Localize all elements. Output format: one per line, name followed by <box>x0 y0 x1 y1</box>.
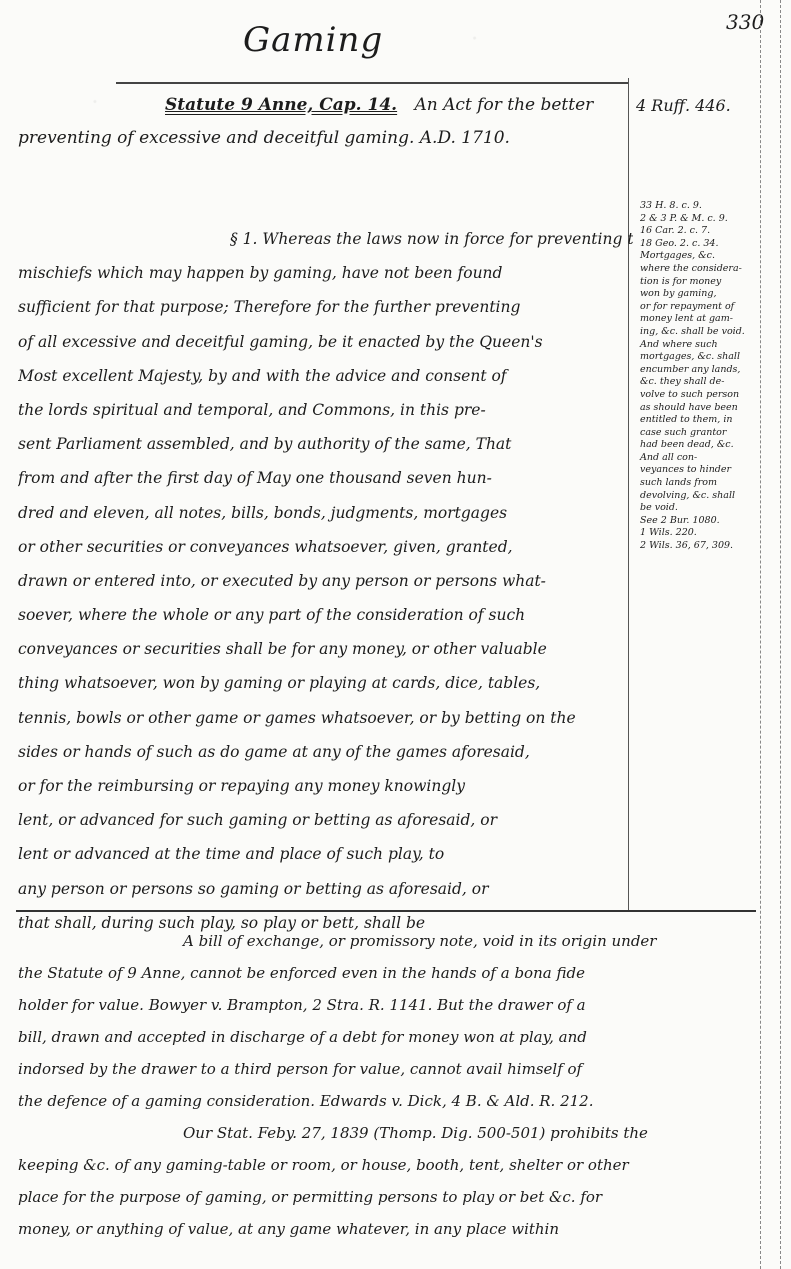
text-line: of all excessive and deceitful gaming, b… <box>18 325 633 359</box>
margin-note: devolving, &c. shall <box>640 490 758 503</box>
margin-note: encumber any lands, <box>640 364 758 377</box>
text-line: soever, where the whole or any part of t… <box>18 598 633 632</box>
margin-note: entitled to them, in <box>640 414 758 427</box>
section-divider <box>16 910 756 912</box>
text-line: Our Stat. Feby. 27, 1839 (Thomp. Dig. 50… <box>18 1117 758 1149</box>
text-line: tennis, bowls or other game or games wha… <box>18 701 633 735</box>
page-title: Gaming <box>243 20 383 60</box>
text-line: any person or persons so gaming or betti… <box>18 872 633 906</box>
margin-note: 1 Wils. 220. <box>640 527 758 540</box>
text-line: A bill of exchange, or promissory note, … <box>18 925 758 957</box>
side-reference: 4 Ruff. 446. <box>636 96 731 115</box>
margin-note: 16 Car. 2. c. 7. <box>640 225 758 238</box>
title-underline <box>116 82 628 84</box>
margin-note: won by gaming, <box>640 288 758 301</box>
commentary-text: A bill of exchange, or promissory note, … <box>18 925 758 1245</box>
text-line: drawn or entered into, or executed by an… <box>18 564 633 598</box>
margin-note: such lands from <box>640 477 758 490</box>
margin-rule-right <box>760 0 762 1269</box>
page-number: 330 <box>726 10 764 34</box>
margin-note: ing, &c. shall be void. <box>640 326 758 339</box>
margin-note: money lent at gam- <box>640 313 758 326</box>
margin-note: 33 H. 8. c. 9. <box>640 200 758 213</box>
margin-note: be void. <box>640 502 758 515</box>
text-line: keeping &c. of any gaming-table or room,… <box>18 1149 758 1181</box>
text-line: the Statute of 9 Anne, cannot be enforce… <box>18 957 758 989</box>
margin-note: had been dead, &c. <box>640 439 758 452</box>
text-line: holder for value. Bowyer v. Brampton, 2 … <box>18 989 758 1021</box>
margin-note: Mortgages, &c. <box>640 250 758 263</box>
text-line: dred and eleven, all notes, bills, bonds… <box>18 496 633 530</box>
statute-caption: Statute 9 Anne, Cap. 14. <box>165 95 397 115</box>
text-line: lent, or advanced for such gaming or bet… <box>18 803 633 837</box>
text-line: conveyances or securities shall be for a… <box>18 632 633 666</box>
margin-note: See 2 Bur. 1080. <box>640 515 758 528</box>
statute-intro-continued: preventing of excessive and deceitful ga… <box>18 128 510 148</box>
statute-intro: An Act for the better <box>415 95 594 115</box>
manuscript-page: 330 Gaming Statute 9 Anne, Cap. 14. An A… <box>0 0 791 1269</box>
text-line: lent or advanced at the time and place o… <box>18 837 633 871</box>
text-line: place for the purpose of gaming, or perm… <box>18 1181 758 1213</box>
text-line: or other securities or conveyances whats… <box>18 530 633 564</box>
margin-note: or for repayment of <box>640 301 758 314</box>
text-line: thing whatsoever, won by gaming or playi… <box>18 666 633 700</box>
statute-heading: Statute 9 Anne, Cap. 14. An Act for the … <box>165 95 593 115</box>
text-line: the lords spiritual and temporal, and Co… <box>18 393 633 427</box>
margin-note: tion is for money <box>640 276 758 289</box>
margin-note: 2 Wils. 36, 67, 309. <box>640 540 758 553</box>
margin-note: 2 & 3 P. & M. c. 9. <box>640 213 758 226</box>
margin-note: And where such <box>640 339 758 352</box>
margin-note: veyances to hinder <box>640 464 758 477</box>
text-line: or for the reimbursing or repaying any m… <box>18 769 633 803</box>
text-line: bill, drawn and accepted in discharge of… <box>18 1021 758 1053</box>
text-line: Most excellent Majesty, by and with the … <box>18 359 633 393</box>
text-line: sides or hands of such as do game at any… <box>18 735 633 769</box>
margin-note: volve to such person <box>640 389 758 402</box>
text-line: indorsed by the drawer to a third person… <box>18 1053 758 1085</box>
margin-notes: 33 H. 8. c. 9. 2 & 3 P. & M. c. 9. 16 Ca… <box>640 200 758 553</box>
text-line: § 1. Whereas the laws now in force for p… <box>18 222 633 256</box>
text-line: the defence of a gaming consideration. E… <box>18 1085 758 1117</box>
text-line: money, or anything of value, at any game… <box>18 1213 758 1245</box>
text-line: sufficient for that purpose; Therefore f… <box>18 290 633 324</box>
margin-note: And all con- <box>640 452 758 465</box>
margin-note: 18 Geo. 2. c. 34. <box>640 238 758 251</box>
margin-note: &c. they shall de- <box>640 376 758 389</box>
text-line: from and after the first day of May one … <box>18 461 633 495</box>
outer-rule <box>780 0 782 1269</box>
margin-note: as should have been <box>640 402 758 415</box>
margin-note: mortgages, &c. shall <box>640 351 758 364</box>
section-1-text: § 1. Whereas the laws now in force for p… <box>18 222 633 940</box>
text-line: mischiefs which may happen by gaming, ha… <box>18 256 633 290</box>
text-line: sent Parliament assembled, and by author… <box>18 427 633 461</box>
margin-note: where the considera- <box>640 263 758 276</box>
margin-note: case such grantor <box>640 427 758 440</box>
